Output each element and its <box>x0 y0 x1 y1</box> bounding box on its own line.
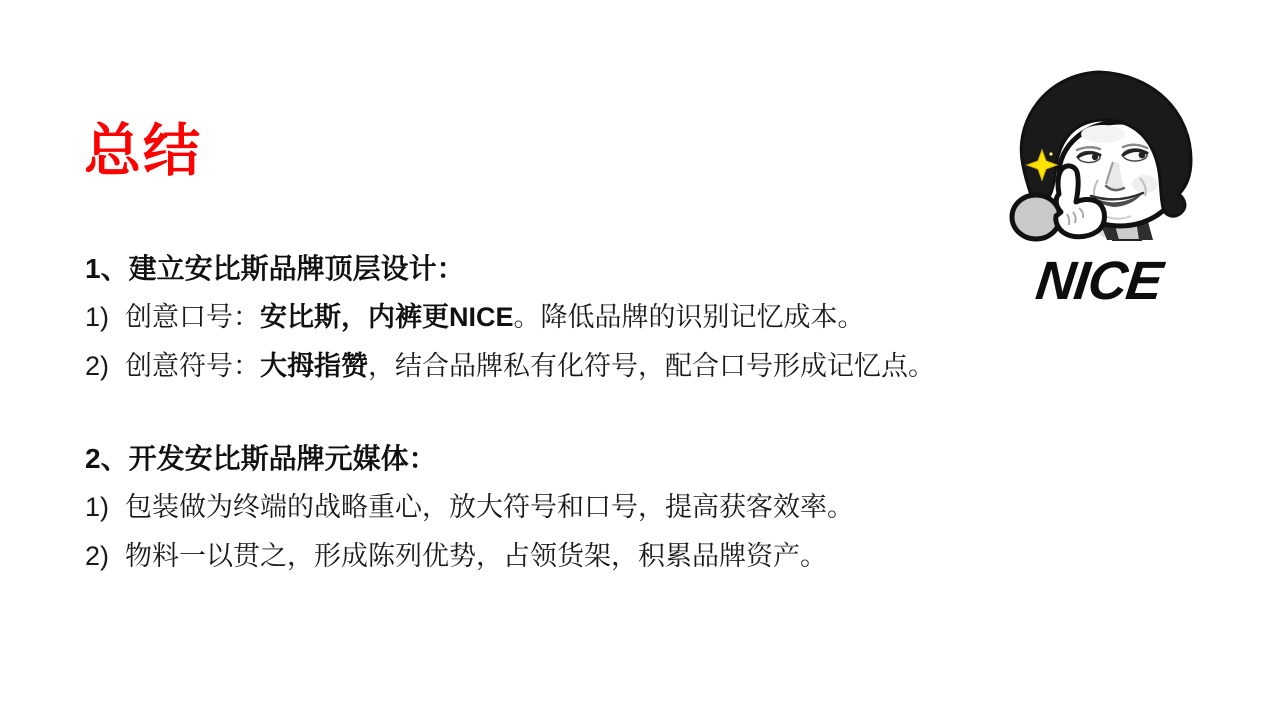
item-number: 1) <box>85 483 111 532</box>
section-heading: 2、开发安比斯品牌元媒体： <box>85 434 985 483</box>
item-text: 物料一以贯之，形成陈列优势，占领货架，积累品牌资产。 <box>125 541 827 571</box>
item-text: 创意符号： <box>125 351 260 381</box>
section-heading: 1、建立安比斯品牌顶层设计： <box>85 244 985 293</box>
item-text: 创意口号： <box>125 302 260 332</box>
list-item: 2)物料一以贯之，形成陈列优势，占领货架，积累品牌资产。 <box>85 532 985 581</box>
section-brand-meta-media: 2、开发安比斯品牌元媒体： 1)包装做为终端的战略重心，放大符号和口号，提高获客… <box>85 434 985 581</box>
item-text-bold: 大拇指赞 <box>260 351 368 381</box>
meme-caption: NICE <box>999 250 1199 312</box>
slide: 总结 1、建立安比斯品牌顶层设计： 1)创意口号：安比斯，内裤更NICE。降低品… <box>0 0 1280 720</box>
list-item: 2)创意符号：大拇指赞，结合品牌私有化符号，配合口号形成记忆点。 <box>85 342 985 391</box>
thumbs-up-meme-icon <box>1003 62 1195 244</box>
list-item: 1)包装做为终端的战略重心，放大符号和口号，提高获客效率。 <box>85 483 985 532</box>
item-text: ，结合品牌私有化符号，配合口号形成记忆点。 <box>368 351 935 381</box>
item-text: 。降低品牌的识别记忆成本。 <box>514 302 865 332</box>
item-number: 1) <box>85 293 111 342</box>
item-text: 包装做为终端的战略重心，放大符号和口号，提高获客效率。 <box>125 492 854 522</box>
page-title: 总结 <box>84 116 202 187</box>
item-number: 2) <box>85 532 111 581</box>
meme-figure: NICE <box>1003 62 1195 312</box>
item-text-bold: 安比斯，内裤更NICE <box>260 302 514 332</box>
list-item: 1)创意口号：安比斯，内裤更NICE。降低品牌的识别记忆成本。 <box>85 293 985 342</box>
section-brand-top-design: 1、建立安比斯品牌顶层设计： 1)创意口号：安比斯，内裤更NICE。降低品牌的识… <box>85 244 985 391</box>
item-number: 2) <box>85 342 111 391</box>
